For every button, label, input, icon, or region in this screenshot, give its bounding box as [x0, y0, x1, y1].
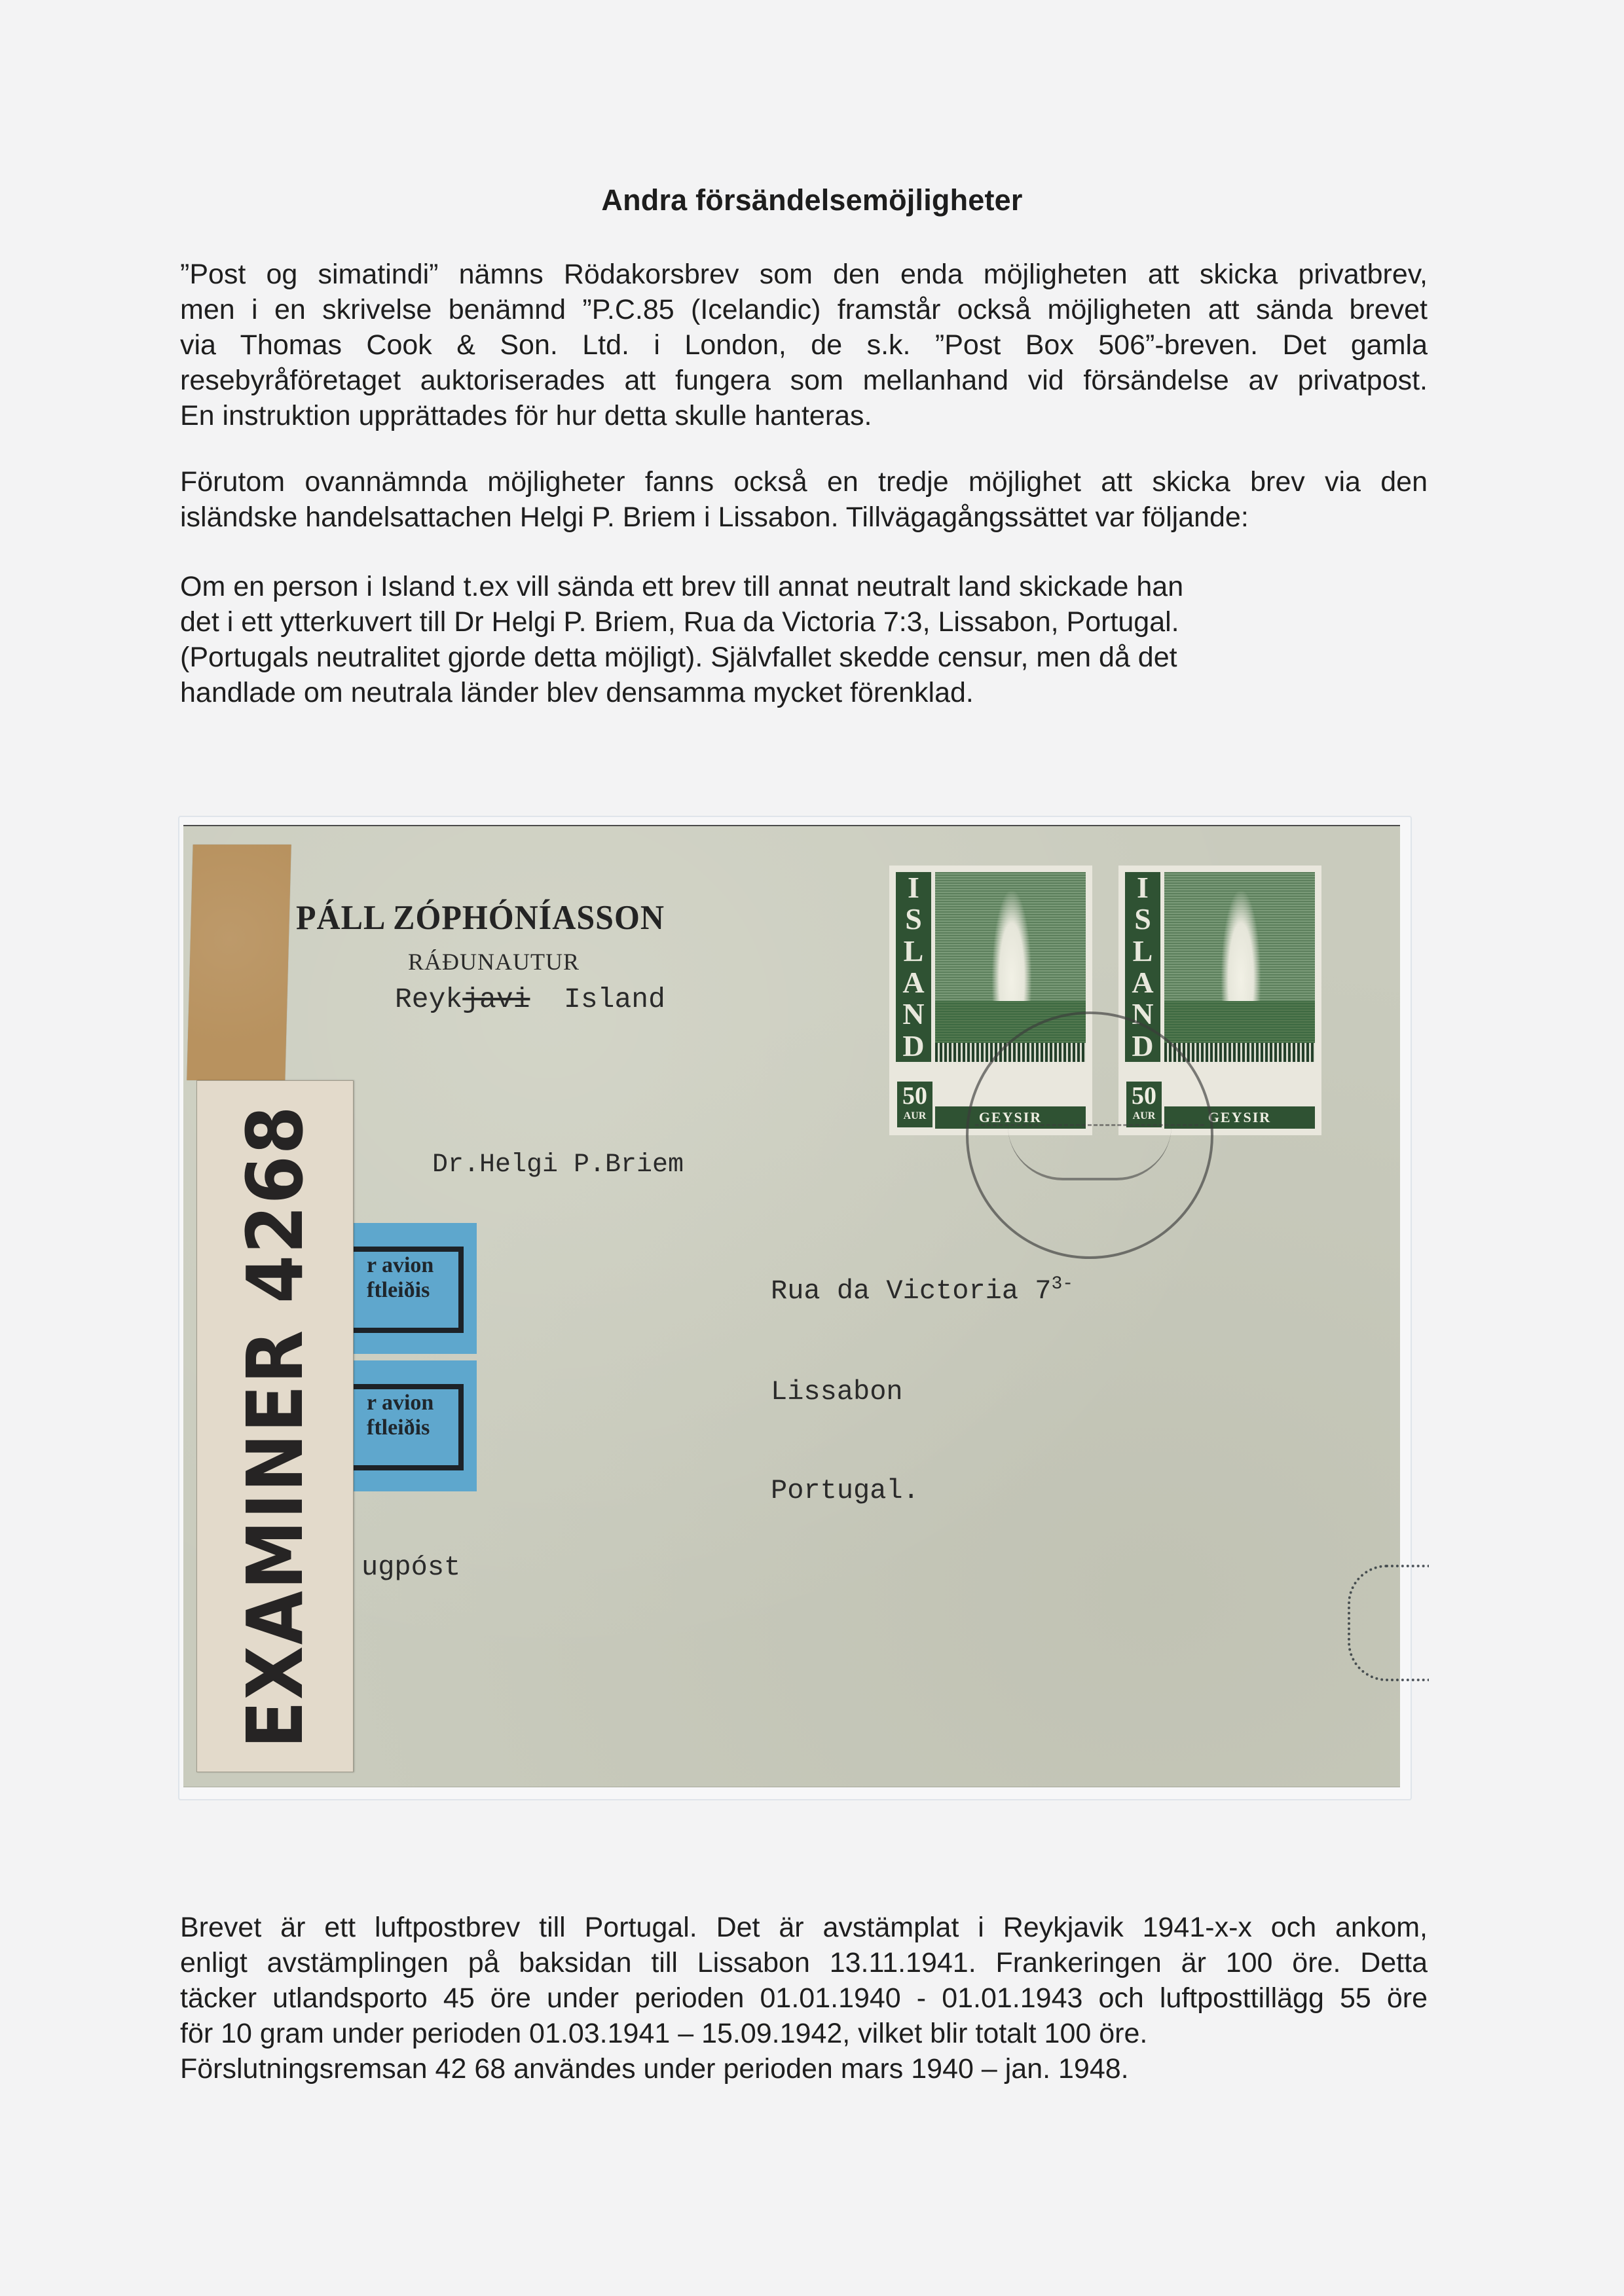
airmail-label-line2: ftleiðis: [367, 1278, 430, 1303]
stamp-letter: D: [902, 1031, 924, 1061]
text-line: det i ett ytterkuvert till Dr Helgi P. B…: [180, 604, 1428, 640]
airmail-label: r avion ftleiðis: [352, 1223, 477, 1354]
stamp-letter: I: [908, 873, 919, 903]
stamp-letter: S: [1134, 904, 1151, 934]
sender-city: Reykjavi Island: [395, 983, 665, 1015]
reykjavik-postmark-icon: [966, 1011, 1213, 1259]
text-line: isländske handelsattachen Helgi P. Briem…: [180, 500, 1428, 535]
postmark-inner-arc: [1008, 1125, 1172, 1180]
description-paragraph: Brevet är ett luftpostbrev till Portugal…: [180, 1910, 1428, 2086]
stamp-value: 50 AUR: [896, 1080, 934, 1129]
addressee-name: Dr.Helgi P.Briem: [432, 1150, 684, 1180]
text-line: Om en person i Island t.ex vill sända et…: [180, 569, 1428, 604]
airmail-label-line1: r avion: [367, 1253, 434, 1278]
intro-paragraph: ”Post og simatindi” nämns Rödakorsbrev s…: [180, 257, 1428, 433]
addressee-city: Lissabon: [771, 1376, 903, 1408]
text-line: handlade om neutrala länder blev densamm…: [180, 675, 1428, 710]
censor-label: EXAMINER 4268: [196, 1080, 354, 1772]
airmail-label-line1: r avion: [367, 1391, 434, 1415]
stamp-letter: N: [902, 999, 924, 1029]
text-line: (Portugals neutralitet gjorde detta möjl…: [180, 640, 1428, 675]
text-line: för 10 gram under perioden 01.03.1941 – …: [180, 2016, 1428, 2051]
airmail-label: r avion ftleiðis: [352, 1360, 477, 1491]
street-number-sup: 3-: [1051, 1274, 1073, 1294]
sender-city-struck: javi: [462, 983, 530, 1015]
text-line: via Thomas Cook & Son. Ltd. i London, de…: [180, 327, 1428, 363]
stamp-letter: A: [1132, 968, 1153, 998]
text-line: Förutom ovannämnda möjligheter fanns ock…: [180, 464, 1428, 500]
stamp-letter: A: [902, 968, 924, 998]
sealing-tape: [187, 845, 291, 1080]
text-line: enligt avstämplingen på baksidan till Li…: [180, 1945, 1428, 1980]
partial-postmark-icon: [1348, 1565, 1429, 1681]
page-title: Andra försändelsemöjligheter: [0, 183, 1624, 217]
text-line: Förslutningsremsan 42 68 användes under …: [180, 2051, 1428, 2086]
procedure-paragraph: Om en person i Island t.ex vill sända et…: [180, 569, 1428, 710]
stamp-letter: S: [905, 904, 922, 934]
flugpost-stamp-text: ugpóst: [361, 1552, 460, 1583]
text-line: En instruktion upprättades för hur detta…: [180, 398, 1428, 433]
stamp-letter: L: [1133, 936, 1153, 966]
stamp-letter: I: [1137, 873, 1149, 903]
stamp-currency: AUR: [897, 1110, 932, 1122]
sender-name: PÁLL ZÓPHÓNÍASSON: [296, 898, 665, 938]
sender-title: RÁÐUNAUTUR: [408, 948, 580, 975]
geyser-illustration: [1164, 872, 1315, 1062]
addressee-street: Rua da Victoria 73-: [771, 1274, 1073, 1307]
sender-country: Island: [564, 983, 665, 1015]
stamp-value-number: 50: [897, 1082, 932, 1110]
text-line: men i en skrivelse benämnd ”P.C.85 (Icel…: [180, 292, 1428, 327]
airmail-label-line2: ftleiðis: [367, 1415, 430, 1440]
text-line: ”Post og simatindi” nämns Rödakorsbrev s…: [180, 257, 1428, 292]
stamp-letter: L: [904, 936, 924, 966]
sender-city-kept: Reyk: [395, 983, 462, 1015]
text-line: täcker utlandsporto 45 öre under periode…: [180, 1980, 1428, 2016]
text-line: Brevet är ett luftpostbrev till Portugal…: [180, 1910, 1428, 1945]
censor-label-text: EXAMINER 4268: [230, 1104, 320, 1748]
addressee-country: Portugal.: [771, 1475, 919, 1506]
third-option-paragraph: Förutom ovannämnda möjligheter fanns ock…: [180, 464, 1428, 535]
text-line: resebyråföretaget auktoriserades att fun…: [180, 363, 1428, 398]
stamp-country-band: I S L A N D: [896, 872, 931, 1062]
street-text: Rua da Victoria 7: [771, 1275, 1051, 1307]
